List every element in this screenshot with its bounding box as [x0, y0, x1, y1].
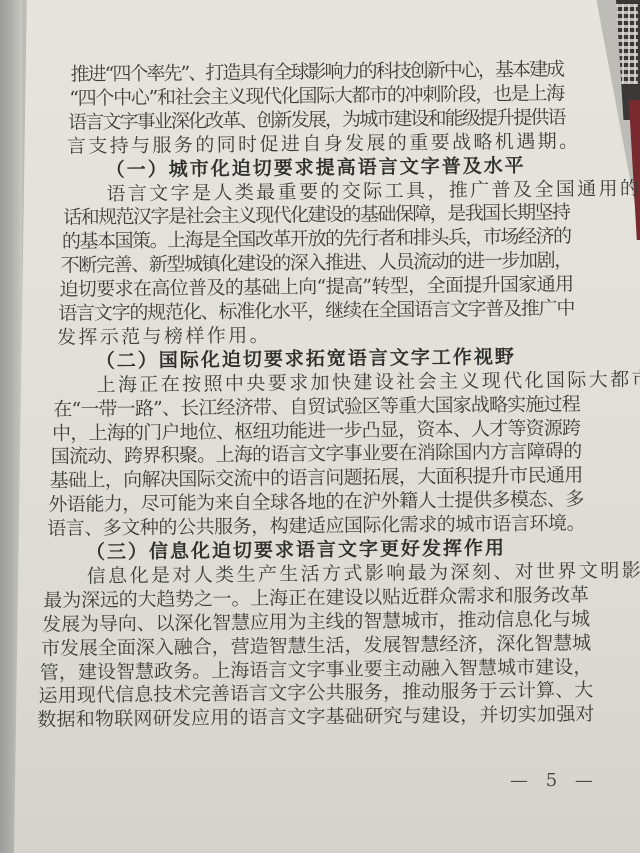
- text-line: 数据和物联网研发应用的语言文字基础研究与建设，并切实加强对: [37, 702, 595, 732]
- text-line: 语言文字的规范化、标准化水平，继续在全国语言文字普及推广中: [58, 296, 574, 325]
- page-number: — 5 —: [510, 770, 599, 791]
- document-body: 推进“四个率先”、打造具有全球影响力的科技创新中心，基本建成 “四个中心”和社会…: [0, 0, 640, 853]
- text-line: 发挥示范与榜样作用。: [57, 323, 271, 349]
